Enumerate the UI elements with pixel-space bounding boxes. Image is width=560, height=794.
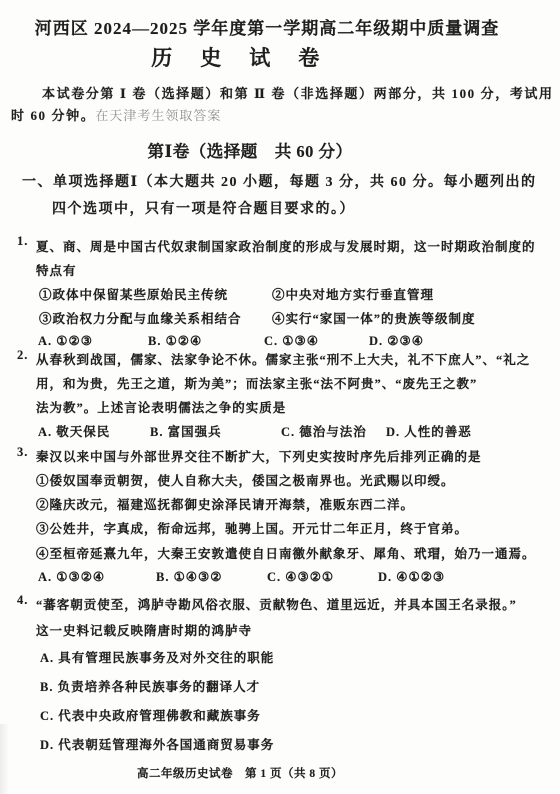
question-2: 2. 从春秋到战国，儒家、法家争论不休。儒家主张“刑不上大夫，礼不下庶人”、“礼… <box>0 348 560 446</box>
question-stem-line: 用，和为贵，先王之道，斯为美”；而法家主张“法不阿贵”、“废先王之教” <box>36 374 477 392</box>
question-3: 3. 秦汉以来中国与外部世界交往不断扩大，下列史实按时序先后排列正确的是 ①倭奴… <box>0 445 560 593</box>
choice-d: D. ②③④ <box>369 333 424 349</box>
choice-a: A. ①②③ <box>38 333 93 349</box>
statement-2: ②中央对地方实行垂直管理 <box>272 285 434 303</box>
choice-d: D. ④①②③ <box>378 569 445 585</box>
question-stem-line: 从春秋到战国，儒家、法家争论不休。儒家主张“刑不上大夫，礼不下庶人”、“礼之 <box>36 350 530 368</box>
statement-3: ③公姓井，字真成，衔命远邦，驰骋上国。开元廿二年正月，终于官弟。 <box>36 519 468 537</box>
question-number: 2. <box>17 348 28 363</box>
exam-title-line2: 历 史 试 卷 <box>0 42 517 72</box>
statement-2: ②隆庆改元，福建巡抚都御史涂泽民请开海禁，准贩东西二洋。 <box>36 495 414 513</box>
section1-heading-line2: 四个选项中，只有一项是符合题目要求的。） <box>52 198 355 218</box>
question-4: 4. “蕃客朝贡使至，鸿胪寺勘风俗衣服、贡献物色、道里远近，并具本国王名录报。”… <box>0 593 560 758</box>
question-number: 3. <box>17 445 28 460</box>
question-stem-line: 夏、商、周是中国古代奴隶制国家政治制度的形成与发展时期，这一时期政治制度的 <box>36 237 536 255</box>
question-number: 1. <box>17 234 28 249</box>
choice-d: D. 代表朝廷管理海外各国通商贸易事务 <box>40 735 274 753</box>
choice-a: A. 具有管理民族事务及对外交往的职能 <box>40 648 274 666</box>
statement-3: ③政治权力分配与血缘关系相结合 <box>39 309 242 327</box>
answer-source-note: 在天津考生领取答案 <box>95 108 221 123</box>
choice-b: B. ①④③② <box>156 569 222 585</box>
statement-4: ④至桓帝延熹九年，大秦王安敦遣使自日南徼外献象牙、犀角、玳瑁，始乃一通焉。 <box>36 544 536 562</box>
question-stem-line: 特点有 <box>36 261 77 279</box>
section1-heading-line1: 一、单项选择题Ⅰ（本大题共 20 小题，每题 3 分，共 60 分。每小题列出的 <box>22 171 537 191</box>
choice-b: B. 富国强兵 <box>150 422 222 440</box>
choice-c: C. 代表中央政府管理佛教和藏族事务 <box>40 706 261 724</box>
choice-a: A. 敬天保民 <box>38 422 110 440</box>
choice-b: B. 负责培养各种民族事务的翻译人才 <box>40 677 260 695</box>
choice-d: D. 人性的善恶 <box>386 422 472 440</box>
statement-4: ④实行“家国一体”的贵族等级制度 <box>272 309 476 327</box>
exam-instructions-line2: 时 60 分钟。在天津考生领取答案 <box>11 105 221 124</box>
statement-1: ①政体中保留某些原始民主传统 <box>39 285 228 303</box>
choice-c: C. ④③②① <box>267 569 334 585</box>
question-stem-line: 法为教”。上述言论表明儒法之争的实质是 <box>36 398 286 416</box>
numbered-statements-row: ①政体中保留某些原始民主传统 ②中央对地方实行垂直管理 <box>0 285 560 303</box>
question-stem-line: 秦汉以来中国与外部世界交往不断扩大，下列史实按时序先后排列正确的是 <box>36 447 482 465</box>
question-stem-line: 这一史料记载反映隋唐时期的鸿胪寺 <box>36 621 252 639</box>
page-footer: 高二年级历史试卷 第 1 页（共 8 页） <box>0 765 520 781</box>
choices-row: A. 敬天保民 B. 富国强兵 C. 德治与法治 D. 人性的善恶 <box>0 422 560 440</box>
exam-page: 河西区 2024—2025 学年度第一学期高二年级期中质量调查 历 史 试 卷 … <box>0 0 560 794</box>
choice-b: B. ①②④ <box>148 333 202 349</box>
choices-row: A. ①③②④ B. ①④③② C. ④③②① D. ④①②③ <box>0 569 560 587</box>
numbered-statements-row: ③政治权力分配与血缘关系相结合 ④实行“家国一体”的贵族等级制度 <box>0 309 560 327</box>
exam-duration-text: 时 60 分钟。 <box>11 108 95 123</box>
scan-edge-shading <box>0 724 9 794</box>
question-number: 4. <box>17 593 28 608</box>
exam-instructions-line1: 本试卷分第 Ⅰ 卷（选择题）和第 Ⅱ 卷（非选择题）两部分，共 100 分，考试… <box>42 83 554 102</box>
part1-heading: 第Ⅰ卷（选择题 共 60 分） <box>0 138 530 162</box>
choice-c: C. 德治与法治 <box>281 422 367 440</box>
question-stem-line: “蕃客朝贡使至，鸿胪寺勘风俗衣服、贡献物色、道里远近，并具本国王名录报。” <box>36 595 517 613</box>
choice-c: C. ①③④ <box>264 333 319 349</box>
choice-a: A. ①③②④ <box>38 569 105 585</box>
exam-title-line1: 河西区 2024—2025 学年度第一学期高二年级期中质量调查 <box>0 14 547 39</box>
question-1: 1. 夏、商、周是中国古代奴隶制国家政治制度的形成与发展时期，这一时期政治制度的… <box>0 234 560 354</box>
statement-1: ①倭奴国奉贡朝贺，使人自称大夫，倭国之极南界也。光武赐以印绶。 <box>36 471 455 489</box>
